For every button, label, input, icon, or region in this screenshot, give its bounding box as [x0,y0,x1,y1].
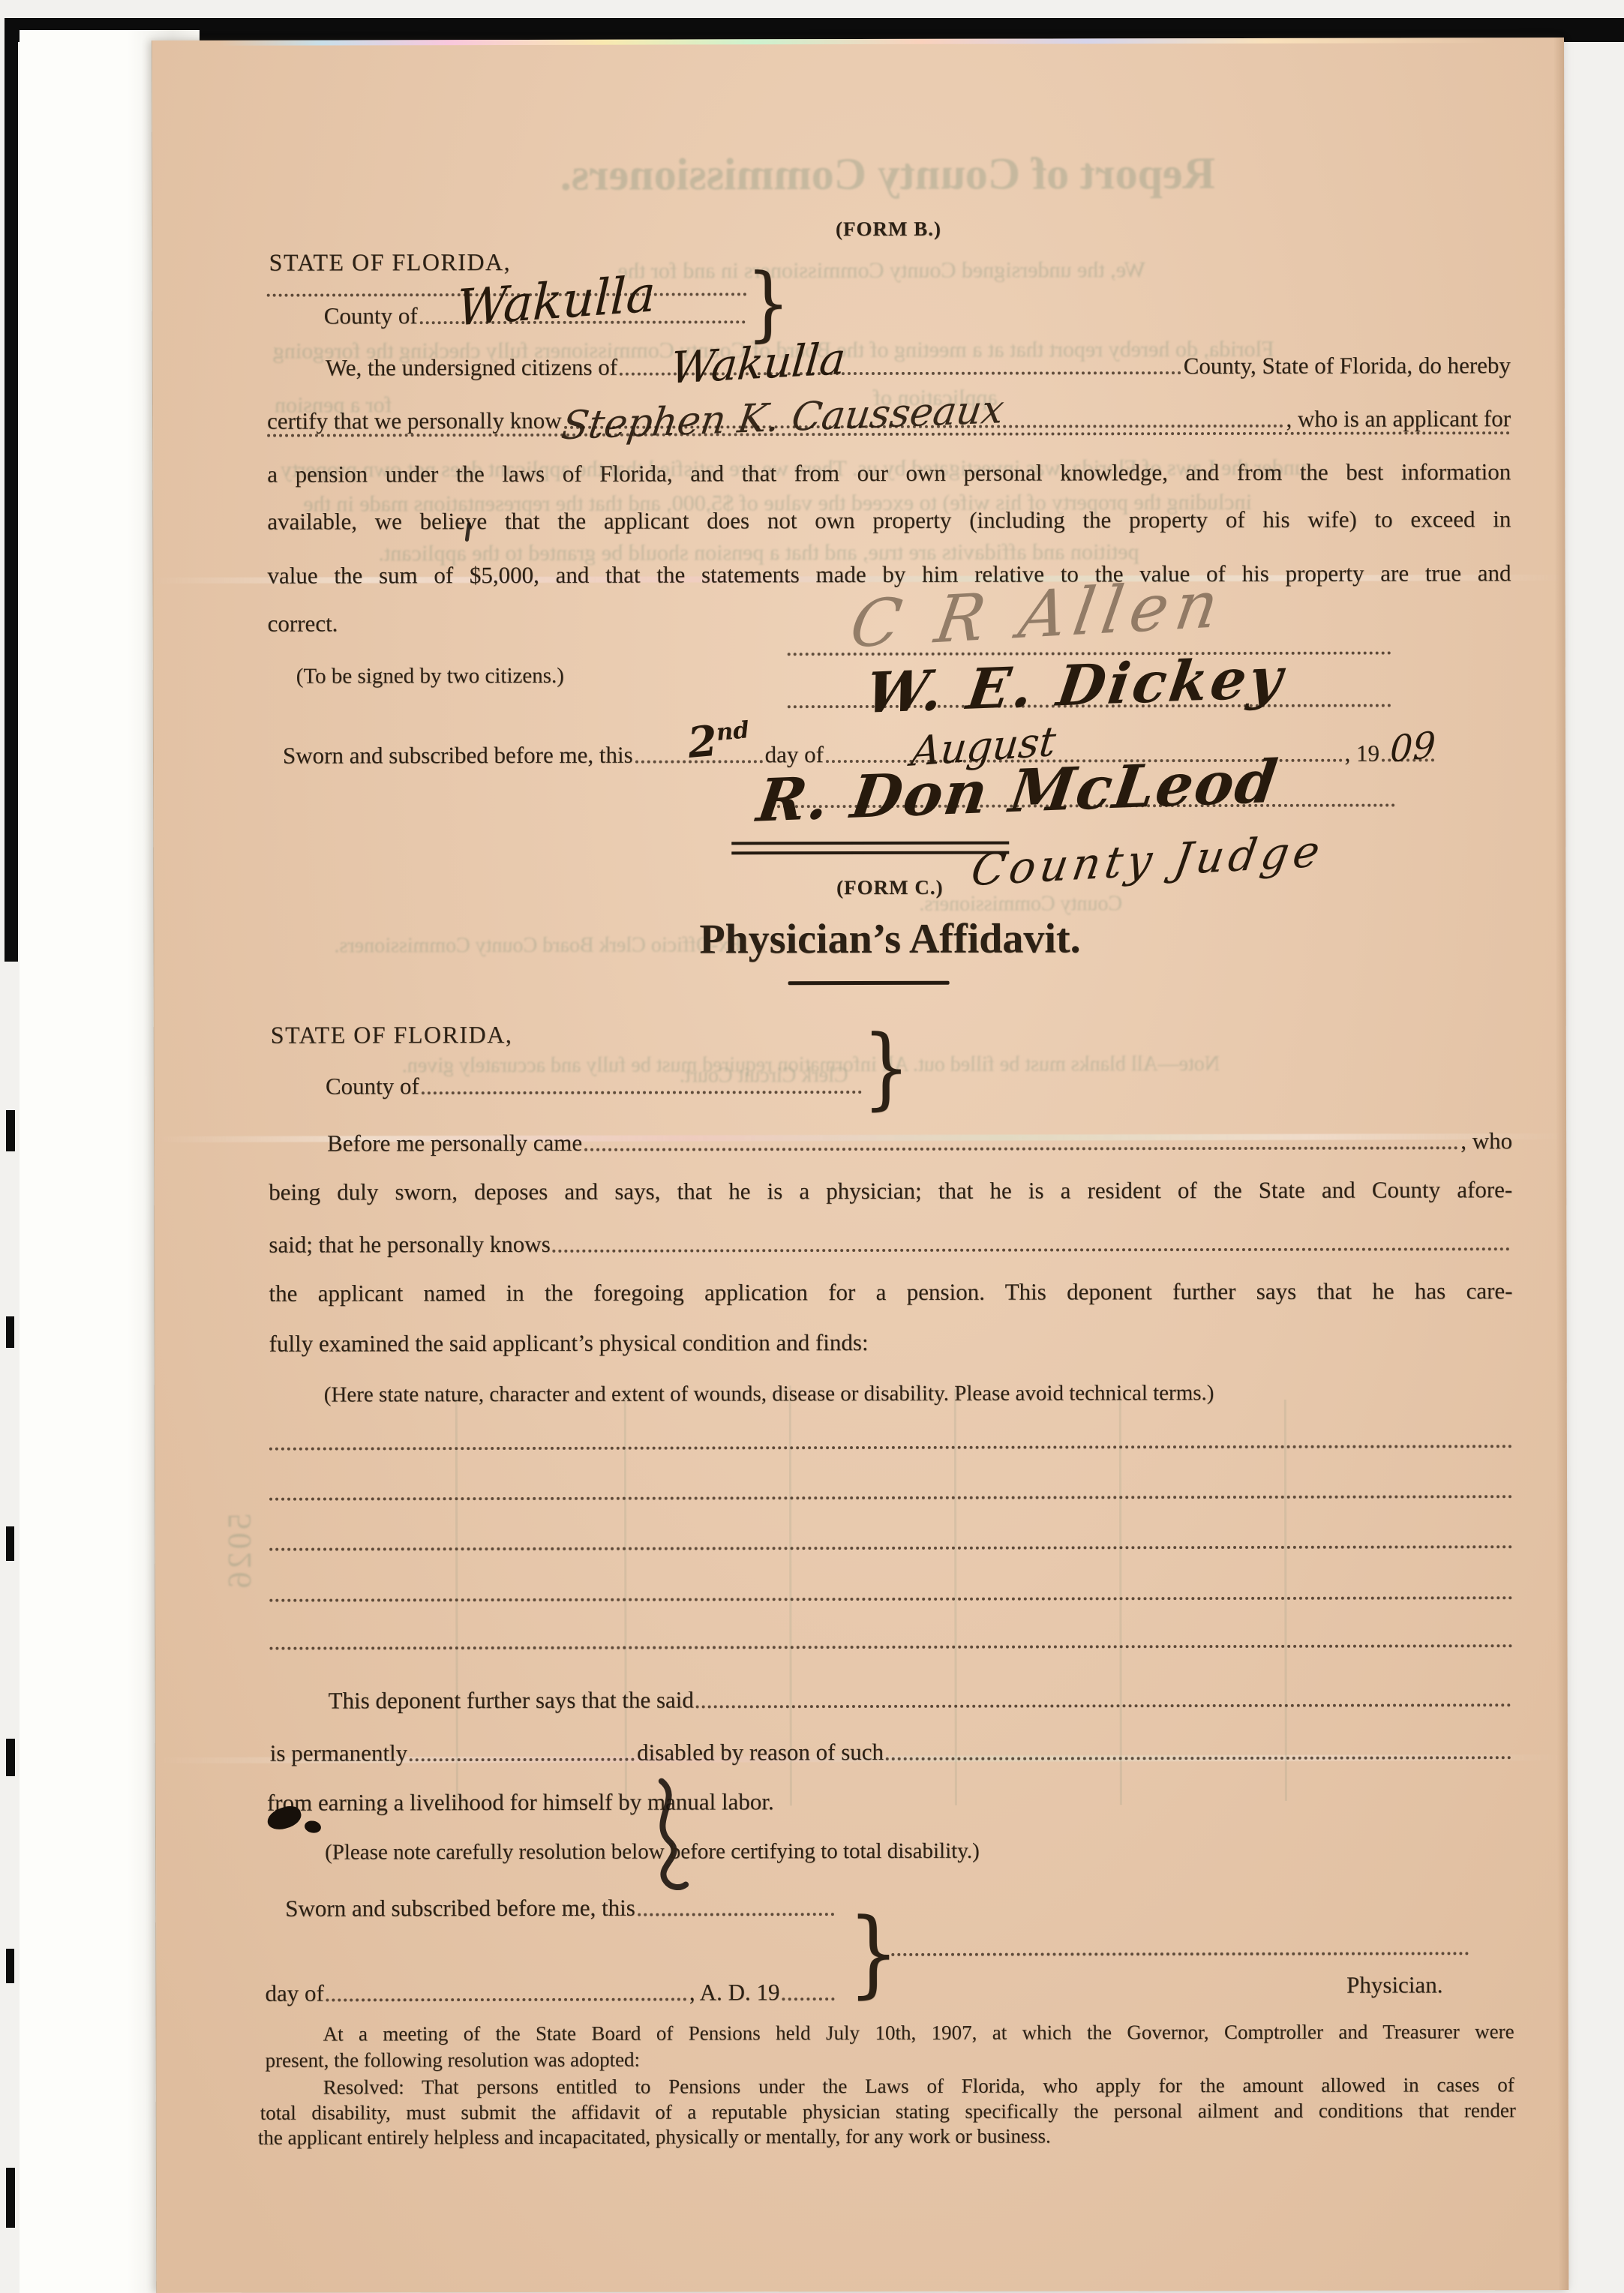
para-text: said; that he personally knows [269,1231,550,1259]
para-text: disabled by reason of such [637,1739,884,1766]
scan-stage: Report of County Commissioners. We, the … [0,0,1624,2293]
handwritten-day: 2nd [686,713,752,768]
form-c-sworn-line-1: Sworn and subscribed before me, this [285,1894,836,1922]
scanner-edge-mark [6,1316,14,1348]
form-c-county-line: County of [326,1072,864,1100]
para-text: , who [1460,1127,1512,1154]
dotted-leader [638,1913,834,1916]
form-c-para-line4: the applicant named in the foregoing app… [269,1277,1512,1307]
form-b-para-line3: a pension under the laws of Florida, and… [267,458,1511,488]
form-c-came-line: Before me personally came, who [269,1127,1512,1157]
form-c-para-line3: said; that he personally knows [269,1229,1512,1258]
scanner-edge-left [5,18,18,962]
form-b-sign-note: (To be signed by two citizens.) [296,664,564,689]
dotted-leader [410,1758,635,1762]
dotted-leader [782,1997,834,2000]
form-b-para-line6: correct. [268,610,338,637]
handwritten-year: 09 [1389,724,1436,771]
form-c-state-line: STATE OF FLORIDA, [271,1021,513,1049]
para-text: is permanently [270,1739,407,1766]
form-b-label: (FORM B.) [266,216,1510,242]
scanner-edge-mark [6,2168,15,2228]
resolution-p2-line2: total disability, must submit the affida… [260,2099,1516,2125]
handwritten-county-2: Wakulla [668,333,848,394]
scanner-edge-mark [6,1739,15,1776]
para-text: Before me personally came [327,1130,582,1157]
form-c-note-1: (Here state nature, character and extent… [324,1381,1214,1407]
form-b-para-line4: available, we believe that the applicant… [267,506,1511,535]
dotted-leader [326,1998,687,2002]
form-c-note-2: (Please note carefully resolution below … [325,1839,980,1865]
sworn-text: , 19 [1344,740,1379,767]
form-c-permanently-line: is permanentlydisabled by reason of such [270,1737,1514,1766]
resolution-p1-line2: present, the following resolution was ad… [266,2048,640,2072]
sworn-text: Sworn and subscribed before me, this [285,1895,635,1922]
dotted-leader [553,1247,1511,1253]
physician-signature-line [891,1952,1469,1956]
form-c-label: (FORM C.) [268,875,1511,900]
sworn-text: , A. D. 19 [689,1979,780,2006]
sworn-text: day of [265,1980,323,2007]
form-b-state-line: STATE OF FLORIDA, [269,248,512,277]
para-text: County, State of Florida, do hereby [1184,352,1511,380]
form-paper: Report of County Commissioners. We, the … [152,38,1568,2293]
form-c-para-line5: fully examined the said applicant’s phys… [269,1329,869,1358]
form-c-deponent-line: This deponent further says that the said [270,1685,1514,1714]
scanner-edge-mark [6,1949,14,1983]
section-divider-rule [731,842,1009,855]
scanner-edge-mark [6,1110,15,1151]
form-c-county-label: County of [326,1073,419,1100]
para-text: We, the undersigned citizens of [326,354,617,382]
handwritten-applicant-name: Stephen K. Causseaux [559,387,1007,449]
bleedthrough-line: We, the undersigned County Commissioners… [618,257,1145,284]
scanner-edge-mark [6,1526,14,1561]
form-c-para-line2: being duly sworn, deposes and says, that… [269,1176,1512,1205]
resolution-p2-line3: the applicant entirely helpless and inca… [258,2124,1051,2149]
day-suffix: nd [715,716,750,746]
form-b-county-label: County of [324,302,418,329]
resolution-p1-line1: At a meeting of the State Board of Pensi… [271,2020,1514,2045]
dotted-leader [696,1703,1511,1708]
title-underline-rule [788,981,950,985]
resolution-p2-line1: Resolved: That persons entitled to Pensi… [271,2073,1514,2099]
para-text: This deponent further says that the said [329,1686,694,1714]
form-c-title: Physician’s Affidavit. [268,914,1511,964]
bleedthrough-number: 5026 [221,1513,259,1591]
dotted-leader [584,1146,1458,1151]
para-text: certify that we personally know [267,407,562,435]
ink-blot [304,1820,322,1835]
dotted-leader [886,1756,1511,1760]
day-number: 2 [686,716,719,768]
sworn-text: Sworn and subscribed before me, this [283,742,633,770]
form-c-sworn-line-2: day of, A. D. 19 [265,1979,836,2007]
ink-squiggle [636,1778,704,1898]
bleedthrough-heading: Report of County Commissioners. [347,147,1427,201]
form-b-para-line1: We, the undersigned citizens ofCounty, S… [267,352,1511,381]
dotted-leader [422,1091,862,1094]
para-text: , who is an applicant for [1286,405,1511,433]
physician-label: Physician. [1274,1971,1442,1998]
venue-brace: } [862,1016,910,1119]
